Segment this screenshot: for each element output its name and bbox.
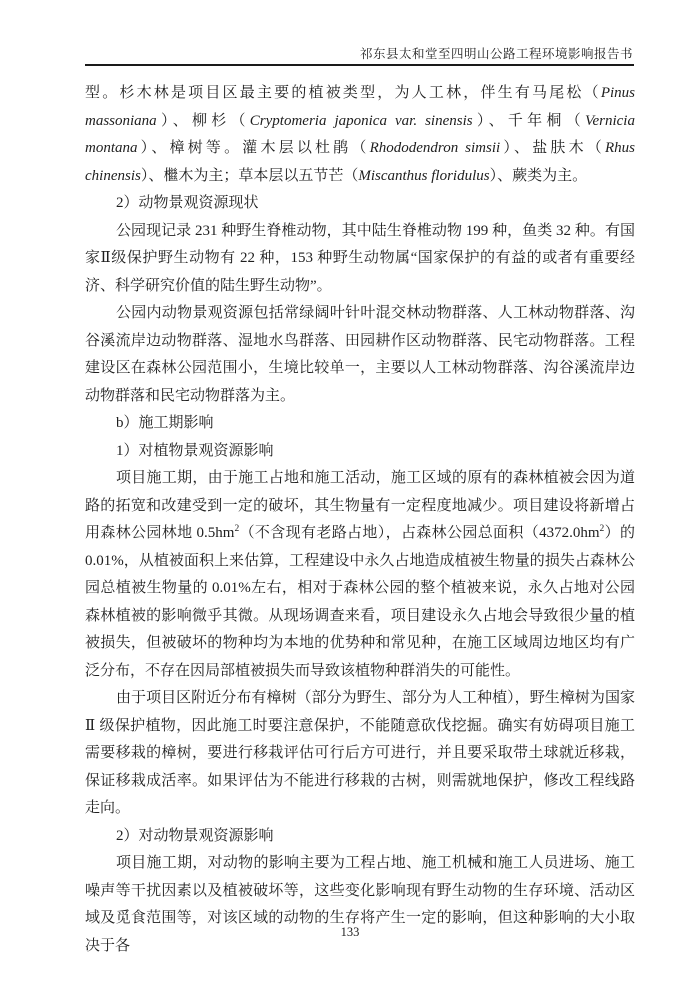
paragraph: 1）对植物景观资源影响 — [85, 438, 635, 466]
report-title: 祁东县太和堂至四明山公路工程环境影响报告书 — [360, 44, 633, 62]
document-body: 型。杉木林是项目区最主要的植被类型，为人工林，伴生有马尾松（Pinus mass… — [85, 80, 635, 960]
text-run: 1）对植物景观资源影响 — [116, 443, 274, 459]
text-run: 公园内动物景观资源包括常绿阔叶针叶混交林动物群落、人工林动物群落、沟谷溪流岸边动… — [85, 305, 635, 404]
paragraph: 2）动物景观资源现状 — [85, 190, 635, 218]
text-run: ）的 0.01%，从植被面积上来估算，工程建设中永久占地造成植被生物量的损失占森… — [85, 525, 635, 679]
species-name: Cryptomeria japonica var. sinensis — [250, 113, 473, 129]
text-run: 2）对动物景观资源影响 — [116, 828, 274, 844]
paragraph: 2）对动物景观资源影响 — [85, 823, 635, 851]
text-run: ）、蕨类为主。 — [490, 168, 588, 184]
text-run: （不含现有老路占地），占森林公园总面积（4372.0hm — [239, 525, 599, 541]
paragraph: 项目施工期，由于施工占地和施工活动，施工区域的原有的森林植被会因为道路的拓宽和改… — [85, 465, 635, 685]
document-page: 祁东县太和堂至四明山公路工程环境影响报告书 型。杉木林是项目区最主要的植被类型，… — [0, 0, 700, 990]
paragraph: 公园现记录 231 种野生脊椎动物，其中陆生脊椎动物 199 种，鱼类 32 种… — [85, 218, 635, 301]
header-rule — [85, 64, 634, 66]
species-name: Rhododendron simsii — [370, 140, 501, 156]
text-run: ）、盐肤木（ — [500, 140, 605, 156]
page-footer: 133 — [0, 925, 700, 940]
text-run: ）、樟树等。灌木层以杜鹃（ — [138, 140, 370, 156]
text-run: ）、柳杉（ — [157, 113, 250, 129]
text-run: 2）动物景观资源现状 — [116, 195, 259, 211]
paragraph: 型。杉木林是项目区最主要的植被类型，为人工林，伴生有马尾松（Pinus mass… — [85, 80, 635, 190]
text-run: 由于项目区附近分布有樟树（部分为野生、部分为人工种植），野生樟树为国家Ⅱ 级保护… — [85, 690, 635, 816]
text-run: ）、千年桐（ — [473, 113, 585, 129]
paragraph: 公园内动物景观资源包括常绿阔叶针叶混交林动物群落、人工林动物群落、沟谷溪流岸边动… — [85, 300, 635, 410]
paragraph: 由于项目区附近分布有樟树（部分为野生、部分为人工种植），野生樟树为国家Ⅱ 级保护… — [85, 685, 635, 823]
paragraph: 项目施工期，对动物的影响主要为工程占地、施工机械和施工人员进场、施工噪声等干扰因… — [85, 850, 635, 960]
page-number: 133 — [341, 925, 360, 939]
text-run: ）、檵木为主；草本层以五节芒（ — [141, 168, 359, 184]
text-run: b）施工期影响 — [116, 415, 214, 431]
species-name: Miscanthus floridulus — [358, 168, 489, 184]
text-run: 型。杉木林是项目区最主要的植被类型，为人工林，伴生有马尾松（ — [85, 85, 601, 101]
text-run: 公园现记录 231 种野生脊椎动物，其中陆生脊椎动物 199 种，鱼类 32 种… — [85, 223, 635, 294]
paragraph: b）施工期影响 — [85, 410, 635, 438]
